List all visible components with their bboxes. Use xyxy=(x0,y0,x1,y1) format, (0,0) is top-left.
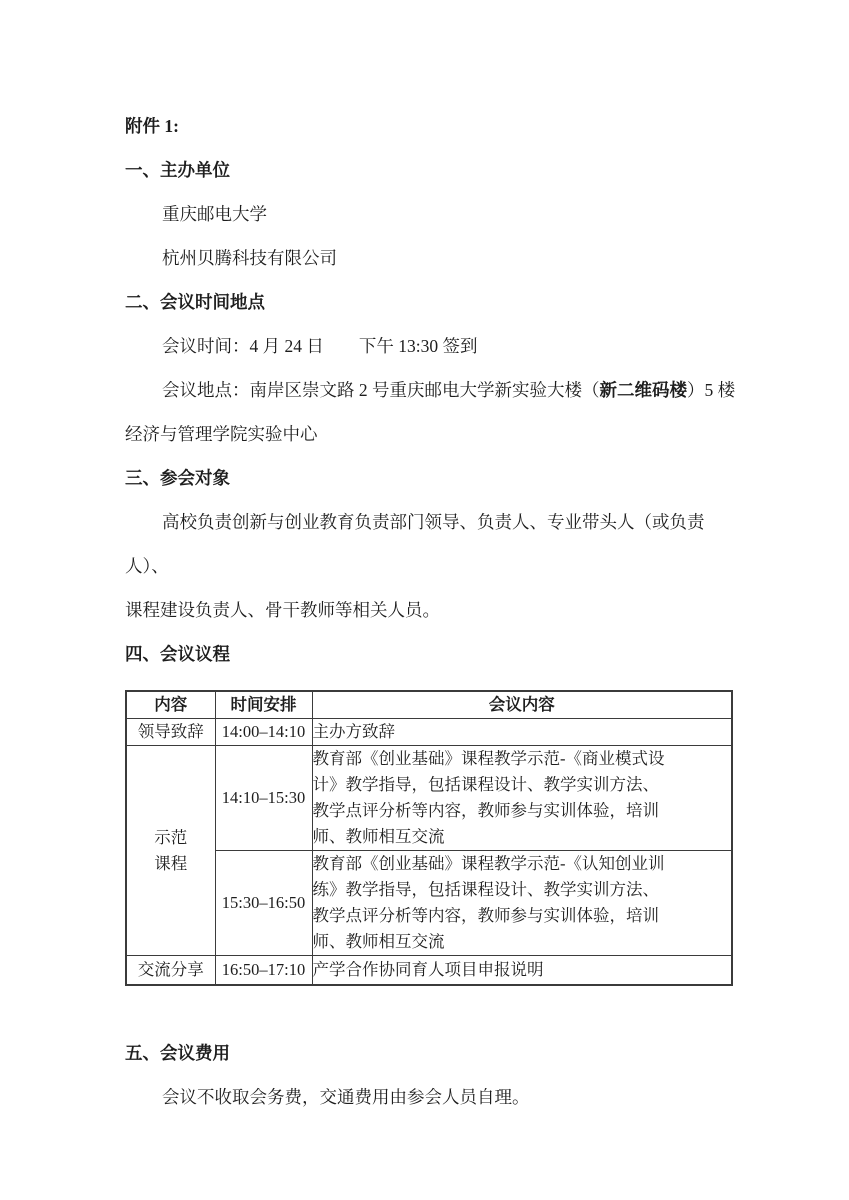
agenda-cell-content: 领导致辞 xyxy=(126,719,215,746)
meeting-place-building-bold: 新二维码楼 xyxy=(600,380,688,400)
agenda-cell-detail: 教育部《创业基础》课程教学示范-《认知创业训 练》教学指导，包括课程设计、教学实… xyxy=(312,851,732,956)
attendees-paragraph: 高校负责创新与创业教育负责部门领导、负责人、专业带头人（或负责人）、 课程建设负… xyxy=(125,500,741,632)
agenda-header-time: 时间安排 xyxy=(215,691,312,719)
section-heading-attendees: 三、参会对象 xyxy=(125,456,741,500)
document-page: 附件 1: 一、主办单位 重庆邮电大学 杭州贝腾科技有限公司 二、会议时间地点 … xyxy=(0,0,849,1200)
meeting-place-prefix: 会议地点：南岸区崇文路 2 号重庆邮电大学新实验大楼（ xyxy=(162,380,600,400)
agenda-cell-detail: 主办方致辞 xyxy=(312,719,732,746)
host-line-2: 杭州贝腾科技有限公司 xyxy=(125,236,741,280)
meeting-place-line2: 经济与管理学院实验中心 xyxy=(125,412,741,456)
agenda-cell-detail: 产学合作协同育人项目申报说明 xyxy=(312,956,732,985)
agenda-row-demo-2: 15:30–16:50 教育部《创业基础》课程教学示范-《认知创业训 练》教学指… xyxy=(126,851,732,956)
section-heading-agenda: 四、会议议程 xyxy=(125,632,741,676)
agenda-row-sharing: 交流分享 16:50–17:10 产学合作协同育人项目申报说明 xyxy=(126,956,732,985)
agenda-header-content: 内容 xyxy=(126,691,215,719)
section-heading-fee: 五、会议费用 xyxy=(125,1031,741,1075)
agenda-header-detail: 会议内容 xyxy=(312,691,732,719)
agenda-cell-detail: 教育部《创业基础》课程教学示范-《商业模式设 计》教学指导，包括课程设计、教学实… xyxy=(312,746,732,851)
agenda-row-opening: 领导致辞 14:00–14:10 主办方致辞 xyxy=(126,719,732,746)
fee-line: 会议不收取会务费，交通费用由参会人员自理。 xyxy=(125,1075,741,1119)
attachment-label: 附件 1: xyxy=(125,104,741,148)
meeting-place-paragraph: 会议地点：南岸区崇文路 2 号重庆邮电大学新实验大楼（新二维码楼）5 楼 xyxy=(125,368,741,412)
agenda-row-demo-1: 示范 课程 14:10–15:30 教育部《创业基础》课程教学示范-《商业模式设… xyxy=(126,746,732,851)
agenda-table: 内容 时间安排 会议内容 领导致辞 14:00–14:10 主办方致辞 示范 课… xyxy=(125,690,733,986)
agenda-cell-time: 15:30–16:50 xyxy=(215,851,312,956)
section-heading-hosts: 一、主办单位 xyxy=(125,148,741,192)
agenda-cell-time: 14:00–14:10 xyxy=(215,719,312,746)
meeting-time-line: 会议时间：4 月 24 日 下午 13:30 签到 xyxy=(125,324,741,368)
agenda-cell-content-merged: 示范 课程 xyxy=(126,746,215,956)
agenda-cell-time: 14:10–15:30 xyxy=(215,746,312,851)
agenda-cell-time: 16:50–17:10 xyxy=(215,956,312,985)
meeting-place-suffix: ）5 楼 xyxy=(687,380,735,400)
agenda-header-row: 内容 时间安排 会议内容 xyxy=(126,691,732,719)
host-line-1: 重庆邮电大学 xyxy=(125,192,741,236)
section-heading-time-place: 二、会议时间地点 xyxy=(125,280,741,324)
agenda-cell-content: 交流分享 xyxy=(126,956,215,985)
